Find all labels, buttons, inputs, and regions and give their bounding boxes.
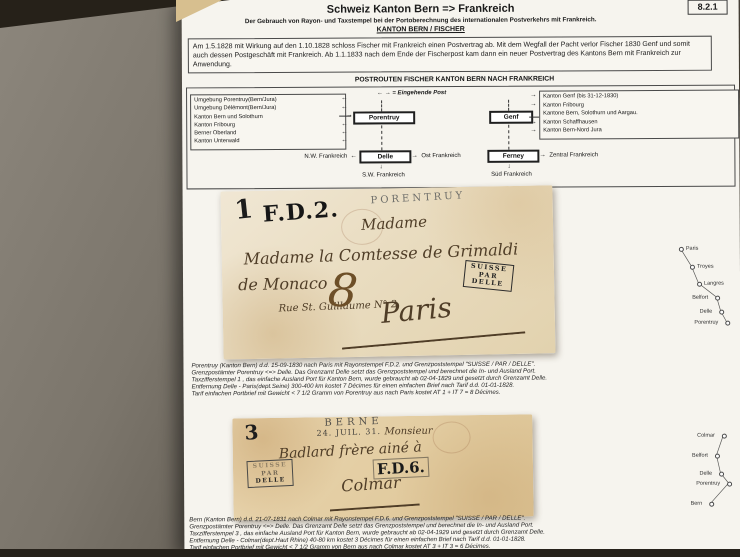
- map-point-dot: [679, 247, 684, 252]
- arrow-left-icon: ←: [341, 137, 348, 144]
- map-point-dot: [725, 321, 730, 326]
- node-ferney: Ferney: [487, 150, 539, 163]
- arrow-left-icon: ←: [341, 95, 348, 102]
- route-map-paris: Paris Troyes Langres Belfort Delle Poren…: [669, 240, 735, 328]
- rayon-stamp-fd6: F.D.6.: [373, 457, 430, 480]
- page-subtitle: Der Gebrauch von Rayon- und Taxstempel b…: [182, 16, 660, 26]
- region-list-left: Umgebung Porentruy(Bern/Jura) Umgebung D…: [190, 94, 346, 151]
- map-point-label: Colmar: [697, 432, 715, 438]
- photo-bottom-shadow: [0, 549, 740, 557]
- caption-cover2: Bern (Kanton Bern) d.d. 21-07-1831 nach …: [189, 515, 641, 552]
- arrow-down-icon: ↓: [379, 163, 382, 170]
- dashed-connector: [381, 125, 382, 150]
- signature-flourish: [329, 494, 420, 512]
- tax-numeral-stamp: 3: [244, 420, 259, 445]
- region-list-right: Kanton Genf (bis 31-12-1830) Kanton Frib…: [539, 90, 739, 140]
- handwritten-destination: Paris: [379, 291, 453, 330]
- label-sw-frankreich: S.W. Frankreich: [343, 172, 423, 178]
- faint-postmark-arc: [432, 421, 470, 454]
- arrow-left-icon: ←: [341, 129, 348, 136]
- section-heading: KANTON BERN / FISCHER: [182, 25, 660, 35]
- handwritten-tax-due: 8: [326, 262, 360, 318]
- signature-flourish: [341, 321, 525, 349]
- caption-line: Tarif einfachen Portbrief mit Gewicht < …: [192, 389, 636, 398]
- rayon-stamp-fd2: F.D.2.: [262, 196, 340, 227]
- label-zentral-frankreich: Zentral Frankreich: [549, 152, 598, 158]
- map-point-label: Delle: [700, 308, 713, 314]
- map-point-label: Belfort: [692, 294, 708, 300]
- map-point-label: Troyes: [697, 263, 714, 269]
- map-point-dot: [690, 265, 695, 270]
- letter-cover-porentruy-paris: 1 F.D.2. PORENTRUY Madame Madame la Comt…: [220, 185, 555, 359]
- border-stamp-line: DELLE: [469, 278, 506, 289]
- node-delle: Delle: [359, 150, 411, 163]
- map-point-label: Bern: [691, 500, 703, 506]
- route-map-colmar: Colmar Belfort Delle Porentruy Bern: [670, 425, 736, 513]
- map-point-dot: [727, 482, 732, 487]
- arrow-right-icon: →: [539, 152, 546, 159]
- arrow-right-icon: →: [530, 92, 537, 99]
- diagram-title: POSTROUTEN FISCHER KANTON BERN NACH FRAN…: [182, 75, 727, 85]
- intro-text-box: Am 1.5.1828 mit Wirkung auf den 1.10.182…: [188, 36, 712, 74]
- arrow-right-icon: →: [411, 152, 418, 159]
- postal-routes-diagram: ← → = Eingehende Post Umgebung Porentruy…: [186, 85, 736, 190]
- album-page: Schweiz Kanton Bern => Frankreich 8.2.1 …: [182, 0, 740, 552]
- label-nw-frankreich: N.W. Frankreich: [263, 154, 347, 160]
- arrow-left-icon: ←: [350, 153, 357, 160]
- town-stamp-porentruy: PORENTRUY: [370, 190, 465, 206]
- map-point-label: Belfort: [692, 452, 708, 458]
- map-point-dot: [722, 434, 727, 439]
- handwritten-salutation: Madame: [361, 212, 428, 234]
- diagram-legend: ← → = Eingehende Post: [377, 90, 446, 96]
- arrow-right-icon: →: [530, 118, 537, 125]
- arrow-left-icon: ←: [341, 120, 348, 127]
- node-genf: Genf: [489, 111, 533, 124]
- date-stamp: 24. JUIL. 31.: [316, 427, 381, 438]
- caption-cover1: Porentruy (Kanton Bern) d.d. 15-09-1830 …: [191, 361, 635, 398]
- node-porentruy: Porentruy: [353, 111, 415, 124]
- map-point-dot: [709, 502, 714, 507]
- torn-corner-paper: [176, 0, 222, 22]
- letter-cover-bern-colmar: 3 BERNE 24. JUIL. 31. Monsieur Badlard f…: [232, 414, 533, 520]
- handwritten-salutation: Monsieur: [384, 426, 432, 438]
- map-point-label: Langres: [704, 280, 724, 286]
- tax-numeral-stamp: 1: [233, 194, 254, 226]
- map-point-dot: [719, 310, 724, 315]
- dashed-connector: [508, 100, 509, 111]
- arrow-left-icon: ←: [341, 103, 348, 110]
- map-point-dot: [697, 282, 702, 287]
- map-point-dot: [715, 296, 720, 301]
- map-point-dot: [719, 472, 724, 477]
- map-point-label: Porentruy: [696, 480, 720, 486]
- map-point-label: Paris: [686, 245, 699, 251]
- dashed-connector: [381, 100, 382, 111]
- photo-of-album-page: Schweiz Kanton Bern => Frankreich 8.2.1 …: [0, 0, 740, 557]
- map-point-label: Porentruy: [694, 319, 718, 325]
- label-ost-frankreich: Ost Frankreich: [421, 153, 460, 159]
- arrow-right-icon: →: [346, 112, 353, 119]
- list-item: Kanton Unterwald: [194, 137, 342, 146]
- arrow-right-icon: →: [530, 100, 537, 107]
- map-point-dot: [715, 454, 720, 459]
- border-stamp-suisse-par-delle: SUISSE PAR DELLE: [463, 260, 514, 291]
- border-stamp-suisse-par-delle: SUISSE PAR DELLE: [246, 459, 294, 488]
- page-code-badge: 8.2.1: [688, 0, 728, 15]
- arrow-down-icon: ↓: [507, 163, 510, 170]
- dashed-connector: [508, 125, 509, 150]
- label-sued-frankreich: Süd Frankreich: [471, 172, 551, 178]
- arrow-right-icon: →: [530, 127, 537, 134]
- list-item: Kanton Bern-Nord Jura: [543, 126, 735, 136]
- handwritten-address-line: de Monaco: [238, 274, 328, 295]
- page-title: Schweiz Kanton Bern => Frankreich: [182, 2, 660, 17]
- map-point-label: Delle: [699, 470, 712, 476]
